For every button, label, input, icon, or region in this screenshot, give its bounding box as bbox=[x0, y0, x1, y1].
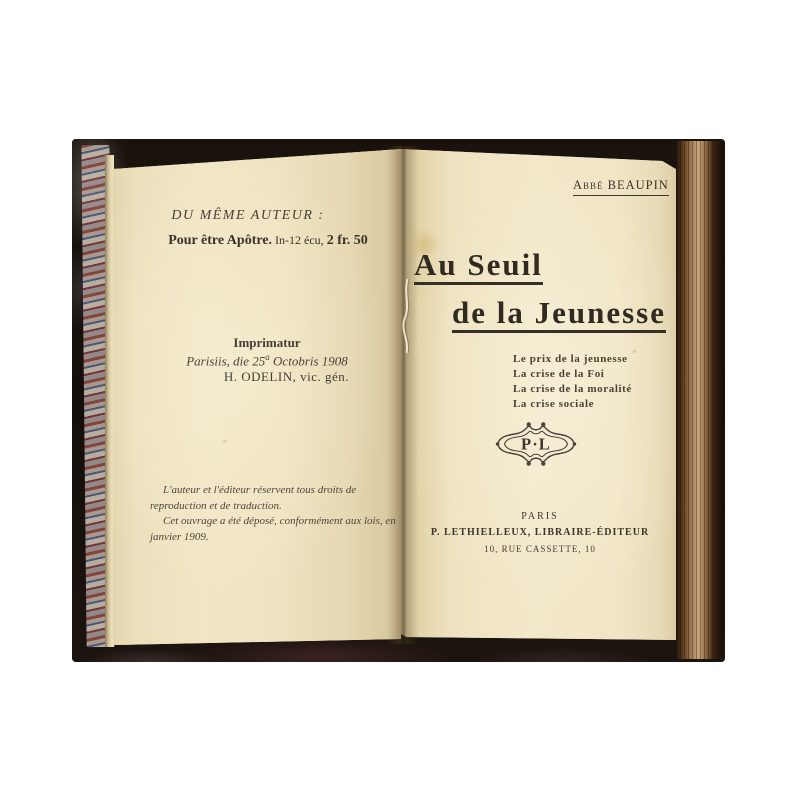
left-page-fore-edge bbox=[105, 155, 114, 647]
publisher-monogram: P·L bbox=[521, 435, 551, 454]
imprint-city: PARIS bbox=[410, 511, 670, 522]
foxing-spot bbox=[222, 439, 228, 444]
contents-list: Le prix de la jeunesse La crise de la Fo… bbox=[513, 352, 713, 412]
author-name-text: Abbé BEAUPIN bbox=[573, 178, 669, 196]
book-title-line-2-text: de la Jeunesse bbox=[452, 297, 666, 333]
imprint-publisher: P. LETHIELLEUX, LIBRAIRE-ÉDITEUR bbox=[410, 527, 670, 538]
rights-line-1: L'auteur et l'éditeur réservent tous dro… bbox=[150, 483, 398, 514]
publisher-monogram-ornament: P·L bbox=[494, 417, 578, 471]
work-price: 2 fr. 50 bbox=[327, 233, 368, 248]
work-listing: Pour être Apôtre. In-12 écu, 2 fr. 50 bbox=[118, 233, 418, 249]
series-note: DU MÊME AUTEUR : bbox=[108, 208, 388, 224]
book-title-line-1-text: Au Seuil bbox=[414, 249, 543, 285]
imprint-address: 10, RUE CASSETTE, 10 bbox=[410, 544, 670, 554]
author-name: Abbé BEAUPIN bbox=[573, 178, 669, 196]
book-title-line-2: de la Jeunesse bbox=[452, 297, 666, 333]
imprimatur-heading: Imprimatur bbox=[187, 335, 347, 351]
imprimatur-signature: H. ODELIN, vic. gén. bbox=[177, 369, 349, 385]
contents-item-2: La crise de la Foi bbox=[513, 367, 713, 382]
open-book-photo: DU MÊME AUTEUR : Pour être Apôtre. In-12… bbox=[72, 139, 725, 662]
rights-line-2: Cet ouvrage a été déposé, conformément a… bbox=[150, 514, 398, 545]
book-title-line-1: Au Seuil bbox=[414, 249, 543, 285]
imprimatur-date-year: Octobris 1908 bbox=[270, 353, 348, 368]
work-title: Pour être Apôtre. bbox=[168, 233, 272, 248]
work-format: In-12 écu, bbox=[272, 233, 327, 247]
contents-item-3: La crise de la moralité bbox=[513, 382, 713, 397]
rights-notice: L'auteur et l'éditeur réservent tous dro… bbox=[150, 483, 398, 545]
imprimatur-date-text: Parisiis, die 25 bbox=[186, 353, 265, 368]
contents-item-4: La crise sociale bbox=[513, 397, 713, 412]
contents-item-1: Le prix de la jeunesse bbox=[513, 352, 713, 367]
imprimatur-date: Parisiis, die 25a Octobris 1908 bbox=[147, 352, 387, 369]
